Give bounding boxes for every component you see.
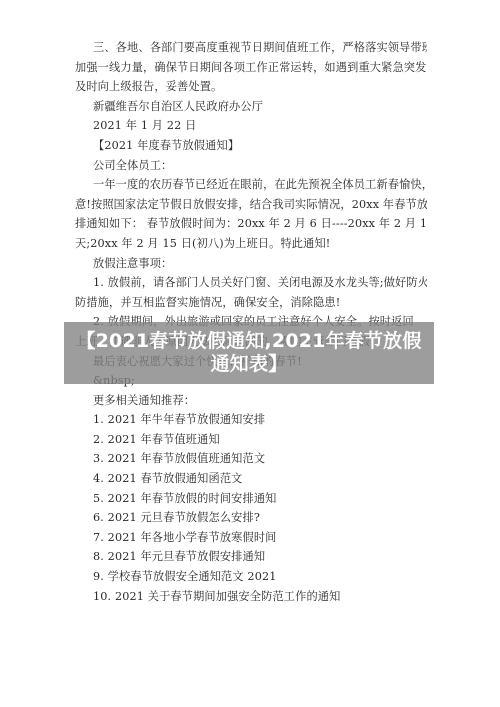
paragraph-duty-rule-cont: 加强一线力量，确保节日期间各项工作正常运转，如遇到重大紧急突发事件，要	[75, 58, 427, 78]
related-link-9[interactable]: 9. 学校春节放假安全通知范文 2021	[75, 567, 427, 587]
related-link-8[interactable]: 8. 2021 年元旦春节放假安排通知	[75, 547, 427, 567]
precautions-heading: 放假注意事项：	[75, 254, 427, 274]
issuer-name: 新疆维吾尔自治区人民政府办公厅	[75, 97, 427, 117]
related-link-7[interactable]: 7. 2021 年各地小学春节放寒假时间	[75, 528, 427, 548]
related-link-10[interactable]: 10. 2021 关于春节期间加强安全防范工作的通知	[75, 587, 427, 607]
salutation: 公司全体员工：	[75, 156, 427, 176]
notice-paragraph-dates: 排通知如下： 春节放假时间为：20xx 年 2 月 6 日----20xx 年 …	[75, 214, 427, 234]
related-link-3[interactable]: 3. 2021 年春节放假值班通知范文	[75, 449, 427, 469]
precaution-item-1: 1. 放假前，请各部门人员关好门窗、关闭电源及水龙头等;做好防火防盗的预	[75, 273, 427, 293]
notice-paragraph-cont: 意!按照国家法定节假日放假安排，结合我司实际情况，20xx 年春节放假具体安	[75, 195, 427, 215]
notice-paragraph-end: 天;20xx 年 2 月 15 日(初八)为上班日。特此通知!	[75, 234, 427, 254]
title-overlay-banner: 【2021春节放假通知,2021年春节放假通知表】	[64, 322, 434, 384]
paragraph-duty-rule: 三、各地、各部门要高度重视节日期间值班工作，严格落实领导带班制度。	[75, 38, 427, 58]
related-link-5[interactable]: 5. 2021 年春节放假的时间安排通知	[75, 489, 427, 509]
document-page: 三、各地、各部门要高度重视节日期间值班工作，严格落实领导带班制度。 加强一线力量…	[0, 0, 500, 707]
related-link-2[interactable]: 2. 2021 年春节值班通知	[75, 430, 427, 450]
paragraph-duty-rule-end: 及时向上级报告，妥善处置。	[75, 77, 427, 97]
notice-heading: 【2021 年度春节放假通知】	[75, 136, 427, 156]
issue-date: 2021 年 1 月 22 日	[75, 116, 427, 136]
notice-paragraph: 一年一度的农历春节已经近在眼前，在此先预祝全体员工新春愉快，万事如	[75, 175, 427, 195]
precaution-item-1-cont: 防措施，并互相监督实施情况，确保安全，消除隐患!	[75, 293, 427, 313]
related-link-6[interactable]: 6. 2021 元旦春节放假怎么安排?	[75, 508, 427, 528]
related-heading: 更多相关通知推荐：	[75, 391, 427, 411]
related-link-1[interactable]: 1. 2021 年牛年春节放假通知安排	[75, 410, 427, 430]
overlay-title: 【2021春节放假通知,2021年春节放假通知表】	[69, 330, 429, 376]
related-link-4[interactable]: 4. 2021 春节放假通知函范文	[75, 469, 427, 489]
